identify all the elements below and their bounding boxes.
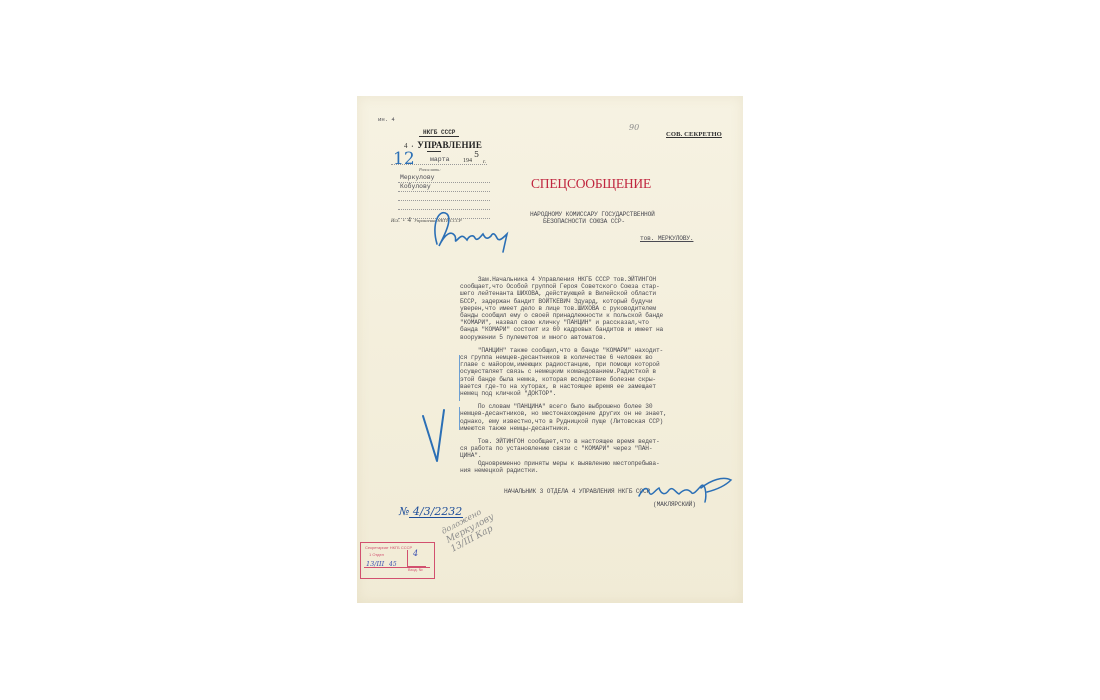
signature-position: НАЧАЛЬНИК 3 ОТДЕЛА 4 УПРАВЛЕНИЯ НКГБ ССС… [504,488,650,495]
body-line: немец под кличкой "ДОКТОР". [460,390,667,397]
registration-underline [409,517,463,518]
distribution-label: Разослать: [419,167,441,172]
paragraph-5: Одновременно приняты меры к выявлению ме… [460,460,667,474]
date-month: марта [430,156,450,163]
date-day-handwritten: 12 [393,149,415,169]
checkmark-icon [420,406,450,466]
department-line: 4 • УПРАВЛЕНИЕ [404,140,482,150]
body-line: имеются также немцы-десантники. [460,425,667,432]
body-line: банда "КОМАРИ" состоит из 60 кадровых ба… [460,326,667,333]
distribution-row [392,192,490,201]
paragraph-2: "ПАНЦИН" также сообщил,что в банде "КОМА… [460,347,667,397]
distribution-row: Кобулову [392,183,490,192]
body-line: осуществляет связь с немецким командован… [460,368,667,375]
body-line: вается где-то на хуторах, в настоящее вр… [460,383,667,390]
body-line: Одновременно приняты меры к выявлению ме… [460,460,667,467]
handwritten-signature-maklyarsky [635,474,735,506]
body-line: Тов. ЭЙТИНГОН сообщает,что в настоящее в… [460,438,667,445]
body-line: "КОМАРИ", назвал свою кличку "ПАНЦИН" и … [460,319,667,326]
date-year-suffix: 5 [474,150,479,159]
addressee-line-3: тов. МЕРКУЛОВУ. [640,235,693,242]
body-line: "ПАНЦИН" также сообщил,что в банде "КОМА… [460,347,667,354]
body-line: уверен,что имеет дело в лице тов.ШИХОВА … [460,305,667,312]
body-line: однако, ему известно,что в Рудницкой пущ… [460,418,667,425]
date-dotline [391,164,487,165]
paragraph-3: По словам "ПАНЦИНА" всего было выброшено… [460,403,667,432]
addressee-line-2: БЕЗОПАСНОСТИ СОЮЗА ССР- [543,218,625,225]
body-line: По словам "ПАНЦИНА" всего было выброшено… [460,403,667,410]
body-line: шего лейтенанта ШИХОВА, действующей в Ви… [460,290,667,297]
body-line: этой банде была немка, которая вследстви… [460,376,667,383]
page-number-handwritten: 90 [629,123,639,132]
margin-mark-1 [459,355,460,401]
distribution-row: Меркулову [392,174,490,183]
body-line: сообщает,что Особой группой Героя Советс… [460,283,667,290]
date-year: 194 [463,158,472,164]
body-line: ся работа по установлению связи с "КОМАР… [460,445,667,452]
body-line: ЦИНА". [460,452,667,459]
body-line: вооружении 5 пулеметов и много автоматов… [460,334,667,341]
agency-underline [419,136,459,137]
paragraph-1: Зам.Начальника 4 Управления НКГБ СССР то… [460,276,667,341]
document-page: ин. 4 НКГБ СССР 4 • УПРАВЛЕНИЕ 12 марта … [357,96,743,603]
classification-label: СОВ. СЕКРЕТНО [666,131,722,138]
document-title: СПЕЦСООБЩЕНИЕ [531,176,651,192]
date-year-unit: г. [483,159,486,165]
handwritten-signature-left [429,204,524,256]
paragraph-4: Тов. ЭЙТИНГОН сообщает,что в настоящее в… [460,438,667,460]
form-number: ин. 4 [378,117,395,123]
department-underline [427,151,441,152]
body-line: немцев-десантников, но местонахождение д… [460,410,667,417]
body-line: ния немецкой радистки. [460,467,667,474]
body-line: банды сообщил ему о своей принадлежности… [460,312,667,319]
body-line: ся группа немцев-десантников в количеств… [460,354,667,361]
registry-stamp: Секретариат НКГБ СССР 1 Отдел 4 13/III 4… [360,542,435,579]
margin-mark-2 [459,407,460,430]
document-body: Зам.Начальника 4 Управления НКГБ СССР то… [460,276,667,474]
department-name: УПРАВЛЕНИЕ [417,140,482,150]
body-line: БССР, задержан бандит ВОЙТКЕВИЧ Эдуард, … [460,298,667,305]
body-line: главе с майором,имеющих радиостанцию, пр… [460,361,667,368]
body-line: Зам.Начальника 4 Управления НКГБ СССР то… [460,276,667,283]
agency-label: НКГБ СССР [423,129,455,136]
